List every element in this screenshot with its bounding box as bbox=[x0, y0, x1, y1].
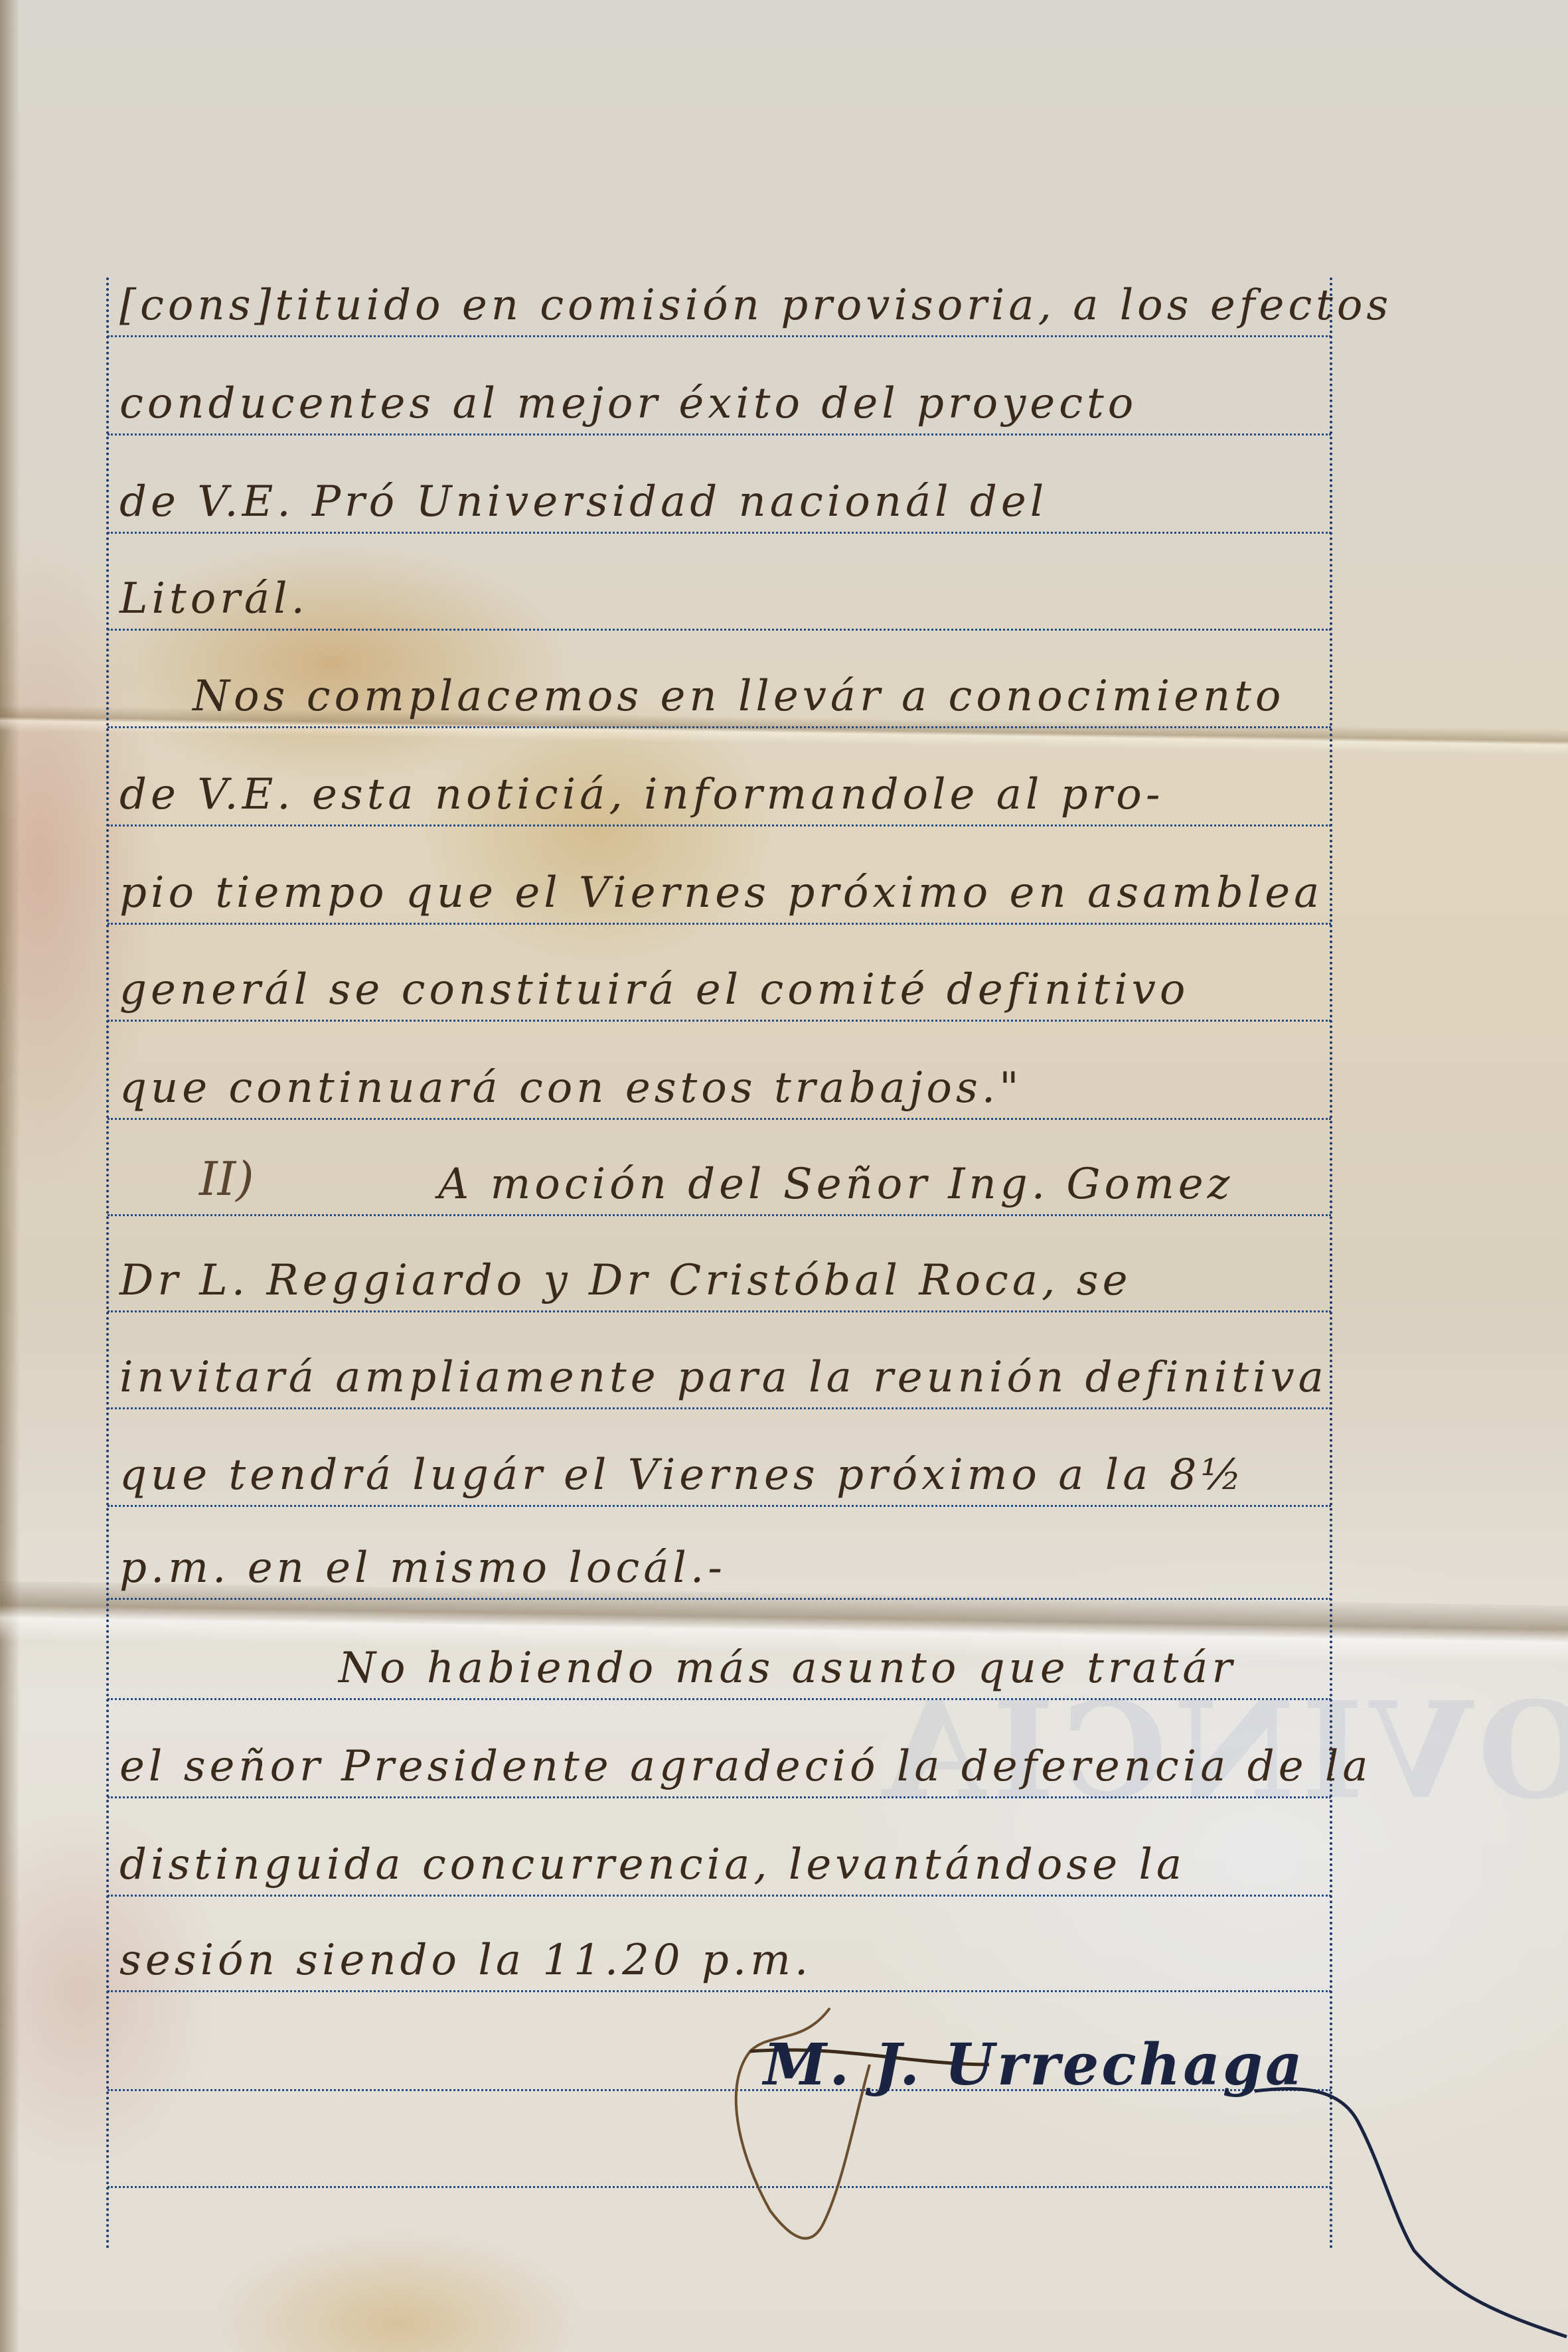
handwritten-line: sesión siendo la 11.20 p.m. bbox=[119, 1924, 1334, 1997]
handwritten-line: que continuará con estos trabajos." bbox=[119, 1052, 1334, 1125]
margin-line-left bbox=[106, 277, 109, 2250]
handwritten-line: [cons]tituido en comisión provisoria, a … bbox=[119, 269, 1334, 342]
handwritten-line: de V.E. Pró Universidad nacionál del bbox=[119, 465, 1334, 538]
handwritten-line: que tendrá lugár el Viernes próximo a la… bbox=[119, 1439, 1334, 1512]
handwritten-line: invitará ampliamente para la reunión def… bbox=[119, 1341, 1334, 1414]
handwritten-line: Nos complacemos en llevár a conocimiento bbox=[119, 660, 1407, 733]
handwritten-line: pio tiempo que el Viernes próximo en asa… bbox=[119, 856, 1334, 929]
handwritten-line: distinguida concurrencia, levantándose l… bbox=[119, 1828, 1334, 1901]
handwritten-line: p.m. en el mismo locál.- bbox=[119, 1531, 1334, 1605]
signature: M. J. Urrechaga bbox=[763, 2031, 1305, 2098]
handwritten-line: el señor Presidente agradeció la deferen… bbox=[119, 1730, 1334, 1803]
handwritten-line: Dr L. Reggiardo y Dr Cristóbal Roca, se bbox=[119, 1244, 1334, 1317]
handwritten-line: No habiendo más asunto que tratár bbox=[119, 1632, 1553, 1705]
handwritten-line: A moción del Señor Ing. Gomez bbox=[119, 1148, 1568, 1221]
handwritten-line: Litorál. bbox=[119, 562, 1334, 635]
page-binding-edge bbox=[0, 0, 20, 2352]
handwritten-line: de V.E. esta noticiá, informandole al pr… bbox=[119, 758, 1334, 831]
handwritten-line: generál se constituirá el comité definit… bbox=[119, 953, 1334, 1026]
handwritten-line: conducentes al mejor éxito del proyecto bbox=[119, 367, 1334, 440]
